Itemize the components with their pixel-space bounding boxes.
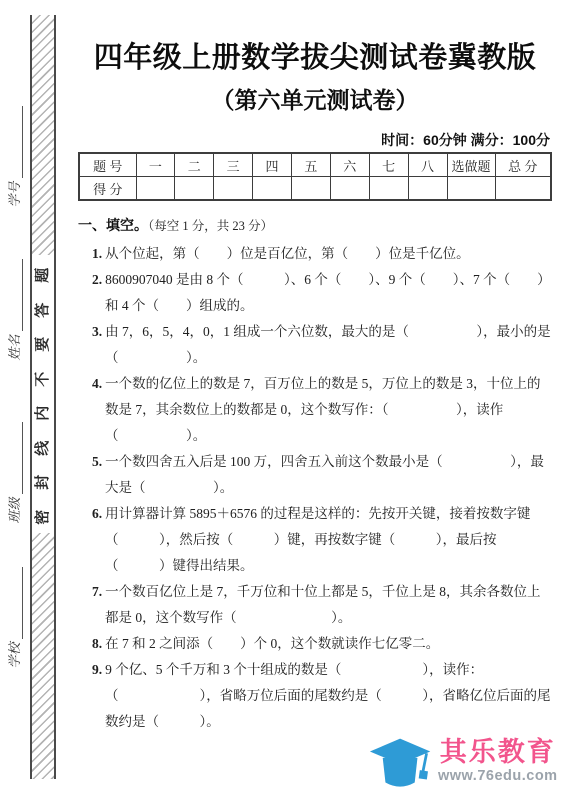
student-field-school: 学校 (3, 553, 23, 683)
score-cell-empty (330, 177, 369, 201)
question-number: 9. (92, 662, 102, 677)
score-header-cell: 八 (408, 153, 447, 177)
question-9: 9.9 个亿、5 个千万和 3 个十组成的数是（ ），读作：（ ），省略万位后面… (92, 657, 552, 735)
seal-char: 线 (26, 437, 61, 459)
field-label: 学校 (4, 643, 23, 669)
question-text: 从个位起，第（ ）位是百亿位，第（ ）位是千亿位。 (105, 246, 470, 261)
question-text: 9 个亿、5 个千万和 3 个十组成的数是（ ），读作：（ ），省略万位后面的尾… (105, 662, 551, 729)
score-cell-empty (214, 177, 253, 201)
score-cell-empty (292, 177, 331, 201)
question-number: 5. (92, 454, 102, 469)
question-number: 7. (92, 584, 102, 599)
question-number: 3. (92, 324, 102, 339)
seal-char: 内 (26, 402, 61, 424)
page-subtitle: （第六单元测试卷） (78, 84, 552, 116)
question-1: 1.从个位起，第（ ）位是百亿位，第（ ）位是千亿位。 (92, 241, 552, 267)
page-title: 四年级上册数学拔尖测试卷冀教版 (78, 38, 552, 78)
question-text: 一个数百亿位上是 7，千万位和十位上都是 5，千位上是 8，其余各数位上都是 0… (105, 584, 541, 625)
section-1-title: 一、填空。 (78, 217, 148, 233)
section-1-note: （每空 1 分，共 23 分） (148, 219, 273, 233)
score-cell-empty (175, 177, 214, 201)
field-label: 学号 (4, 182, 23, 208)
exam-meta: 时间：60分钟 满分：100分 (78, 132, 550, 148)
field-label: 姓名 (4, 335, 23, 361)
seal-char: 要 (26, 333, 61, 355)
question-4: 4.一个数的亿位上的数是 7，百万位上的数是 5，万位上的数是 3，十位上的数是… (92, 371, 552, 449)
score-cell-empty (495, 177, 551, 201)
seal-char: 密 (26, 506, 61, 528)
seal-hatch-bottom (32, 533, 54, 779)
question-number: 4. (92, 376, 102, 391)
score-table-score-row: 得 分 (79, 177, 551, 201)
question-8: 8.在 7 和 2 之间添（ ）个 0，这个数就读作七亿零二。 (92, 631, 552, 657)
brand-name: 其乐教育 (440, 736, 556, 768)
seal-line-text: 题 答 要 不 内 线 封 密 (32, 258, 54, 534)
score-header-cell: 总 分 (495, 153, 551, 177)
score-table: 题 号 一 二 三 四 五 六 七 八 选做题 总 分 得 分 (78, 152, 552, 201)
score-header-cell: 五 (292, 153, 331, 177)
score-header-cell: 选做题 (447, 153, 495, 177)
question-7: 7.一个数百亿位上是 7，千万位和十位上都是 5，千位上是 8，其余各数位上都是… (92, 579, 552, 631)
question-text: 8600907040 是由 8 个（ ）、6 个（ ）、9 个（ ）、7 个（ … (105, 272, 551, 313)
score-header-cell: 三 (214, 153, 253, 177)
student-field-name: 姓名 (3, 245, 23, 375)
score-cell-empty (253, 177, 292, 201)
score-cell-empty (447, 177, 495, 201)
question-text: 一个数的亿位上的数是 7，百万位上的数是 5，万位上的数是 3，十位上的数是 7… (105, 376, 541, 443)
student-field-class: 班级 (3, 408, 23, 538)
seal-hatch-top (32, 15, 54, 255)
seal-char: 题 (26, 264, 61, 286)
question-number: 1. (92, 246, 102, 261)
score-cell-empty (136, 177, 175, 201)
field-underline (8, 423, 23, 495)
question-5: 5.一个数四舍五入后是 100 万，四舍五入前这个数最小是（ ），最大是（ ）。 (92, 449, 552, 501)
section-1-heading: 一、填空。（每空 1 分，共 23 分） (78, 212, 552, 240)
question-number: 8. (92, 636, 102, 651)
brand-url: www.76edu.com (438, 768, 558, 785)
score-cell-empty (369, 177, 408, 201)
score-header-cell: 二 (175, 153, 214, 177)
score-header-cell: 六 (330, 153, 369, 177)
question-text: 用计算器计算 5895＋6576 的过程是这样的：先按开关键，接着按数字键（ ）… (105, 506, 530, 573)
seal-char: 答 (26, 299, 61, 321)
question-3: 3.由 7，6，5，4，0，1 组成一个六位数，最大的是（ ），最小的是（ ）。 (92, 319, 552, 371)
score-header-cell: 四 (253, 153, 292, 177)
field-underline (8, 568, 23, 640)
student-field-number: 学号 (3, 92, 23, 222)
question-2: 2.8600907040 是由 8 个（ ）、6 个（ ）、9 个（ ）、7 个… (92, 267, 552, 319)
seal-line-strip: 题 答 要 不 内 线 封 密 (30, 15, 56, 779)
question-number: 2. (92, 272, 102, 287)
paper-content: 四年级上册数学拔尖测试卷冀教版 （第六单元测试卷） 时间：60分钟 满分：100… (78, 30, 552, 735)
graduation-cap-icon (369, 736, 433, 800)
field-label: 班级 (4, 498, 23, 524)
score-cell-empty (408, 177, 447, 201)
brand-text-block: 其乐教育 www.76edu.com (438, 736, 558, 785)
question-text: 由 7，6，5，4，0，1 组成一个六位数，最大的是（ ），最小的是（ ）。 (105, 324, 551, 365)
seal-char: 封 (26, 471, 61, 493)
brand-logo: 其乐教育 www.76edu.com (369, 736, 558, 800)
question-text: 一个数四舍五入后是 100 万，四舍五入前这个数最小是（ ），最大是（ ）。 (105, 454, 544, 495)
score-header-cell: 题 号 (79, 153, 136, 177)
score-row-label: 得 分 (79, 177, 136, 201)
question-text: 在 7 和 2 之间添（ ）个 0，这个数就读作七亿零二。 (105, 636, 439, 651)
question-list: 1.从个位起，第（ ）位是百亿位，第（ ）位是千亿位。 2.8600907040… (78, 241, 552, 735)
score-header-cell: 一 (136, 153, 175, 177)
field-underline (8, 260, 23, 332)
field-underline (8, 107, 23, 179)
question-number: 6. (92, 506, 102, 521)
question-6: 6.用计算器计算 5895＋6576 的过程是这样的：先按开关键，接着按数字键（… (92, 501, 552, 579)
seal-char: 不 (26, 368, 61, 390)
score-header-cell: 七 (369, 153, 408, 177)
score-table-header-row: 题 号 一 二 三 四 五 六 七 八 选做题 总 分 (79, 153, 551, 177)
